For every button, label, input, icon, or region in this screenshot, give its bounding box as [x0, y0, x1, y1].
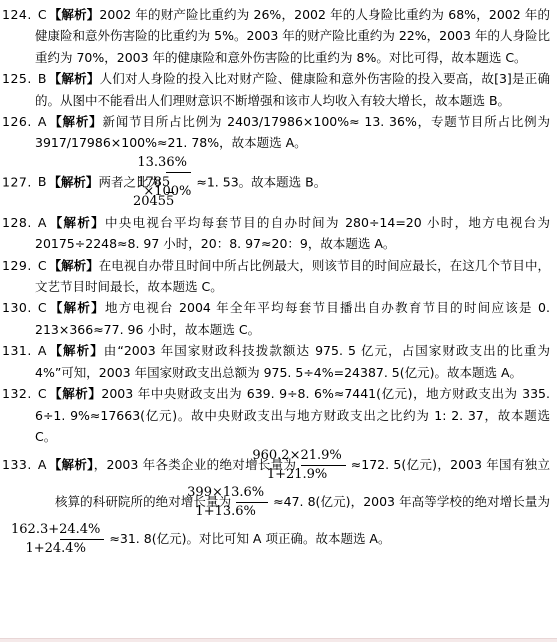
explanation-text: ≈1. 53。故本题选 B。 [196, 174, 326, 189]
analysis-marker: 【解析】 [49, 7, 100, 22]
item-number: 126. [2, 114, 32, 129]
explanation-text: 新闻节目所占比例为 2403/17986×100%≈ 13. 36%，专题节目所… [35, 114, 554, 150]
fraction-denominator: 1+13.6% [248, 503, 255, 520]
answer-letter: B [32, 174, 49, 189]
fraction-numerator: 162.3+24.4% [60, 522, 104, 540]
answer-explanation-list: 124.C【解析】2002 年的财产险比重约为 26%，2002 年的人身险比重… [0, 0, 557, 558]
analysis-marker: 【解析】 [48, 114, 102, 129]
fraction-numerator: 399×13.6% [236, 485, 268, 503]
item-number: 133. [2, 457, 32, 472]
analysis-marker: 【解析】 [48, 71, 99, 86]
fraction-denominator: 1+21.9% [320, 466, 327, 483]
answer-letter: C [32, 300, 49, 315]
answer-item: 130.C【解析】地方电视台 2004 年全年平均每套节目播出自办教育节目的时间… [2, 297, 550, 340]
explanation-text: 地方电视台 2004 年全年平均每套节目播出自办教育节目的时间应该是 0. 21… [35, 300, 554, 336]
fraction: 960.2×21.9%1+21.9% [301, 448, 345, 483]
fraction: 399×13.6%1+13.6% [236, 485, 268, 520]
item-number: 124. [2, 7, 32, 22]
answer-item: 133.A【解析】，2003 年各类企业的绝对增长量为960.2×21.9%1+… [2, 447, 550, 558]
answer-item: 124.C【解析】2002 年的财产险比重约为 26%，2002 年的人身险比重… [2, 4, 550, 68]
analysis-marker: 【解析】 [48, 343, 103, 358]
answer-item: 129.C【解析】在电视自办带且时间中所占比例最大，则该节目的时间应最长，在这几… [2, 255, 550, 298]
analysis-marker: 【解析】 [49, 258, 99, 273]
item-number: 129. [2, 258, 32, 273]
analysis-marker: 【解析】 [48, 215, 105, 230]
explanation-text: 人们对人身险的投入比对财产险、健康险和意外伤害险的投入要高，故[3]是正确的。从… [35, 71, 550, 107]
fraction: 162.3+24.4%1+24.4% [60, 522, 104, 557]
answer-item: 125.B【解析】人们对人身险的投入比对财产险、健康险和意外伤害险的投入要高，故… [2, 68, 550, 111]
item-number: 127. [2, 174, 32, 189]
compound-fraction: 13.36%178520455×100% [166, 155, 191, 211]
page-bottom-edge [0, 638, 557, 642]
explanation-text: 中央电视台平均每套节目的自办时间为 280÷14=20 小时，地方电视台为 20… [35, 215, 554, 251]
fraction-numerator: 960.2×21.9% [301, 448, 345, 466]
answer-letter: A [32, 457, 49, 472]
analysis-marker: 【解析】 [49, 386, 102, 401]
explanation-text: 2003 年中央财政支出为 639. 9÷8. 6%≈7441(亿元)，地方财政… [35, 386, 554, 444]
answer-letter: B [32, 71, 49, 86]
answer-letter: A [32, 215, 49, 230]
fraction-denominator: 1+24.4% [78, 540, 85, 557]
answer-item: 132.C【解析】2003 年中央财政支出为 639. 9÷8. 6%≈7441… [2, 383, 550, 447]
explanation-text: 在电视自办带且时间中所占比例最大，则该节目的时间应最长，在这几个节目中，文艺节目… [35, 258, 550, 294]
explanation-text: 由“2003 年国家财政科技拨款额达 975. 5 亿元，占国家财政支出的比重为… [35, 343, 554, 379]
explanation-text: ≈47. 8(亿元)，2003 年高等学校的绝对增长量为 [273, 494, 550, 509]
answer-letter: C [32, 258, 49, 273]
item-number: 131. [2, 343, 32, 358]
analysis-marker: 【解析】 [48, 457, 93, 472]
answer-item: 126.A【解析】新闻节目所占比例为 2403/17986×100%≈ 13. … [2, 111, 550, 154]
answer-letter: A [32, 114, 49, 129]
answer-item: 127.B【解析】两者之比为13.36%178520455×100%≈1. 53… [2, 154, 550, 212]
explanation-text: 2002 年的财产险比重约为 26%，2002 年的人身险比重约为 68%，20… [35, 7, 550, 65]
fraction-suffix: ×100% [176, 184, 191, 200]
answer-item: 131.A【解析】由“2003 年国家财政科技拨款额达 975. 5 亿元，占国… [2, 340, 550, 383]
answer-letter: C [32, 386, 49, 401]
analysis-marker: 【解析】 [49, 300, 105, 315]
item-number: 132. [2, 386, 32, 401]
item-number: 130. [2, 300, 32, 315]
analysis-marker: 【解析】 [48, 174, 98, 189]
item-number: 128. [2, 215, 32, 230]
answer-item: 128.A【解析】中央电视台平均每套节目的自办时间为 280÷14=20 小时，… [2, 212, 550, 255]
answer-letter: C [32, 7, 49, 22]
fraction-denominator: 178520455×100% [166, 173, 191, 211]
fraction-numerator: 13.36% [166, 155, 191, 173]
explanation-text: ≈31. 8(亿元)。对比可知 A 项正确。故本题选 A。 [109, 531, 390, 546]
answer-letter: A [32, 343, 49, 358]
item-number: 125. [2, 71, 32, 86]
